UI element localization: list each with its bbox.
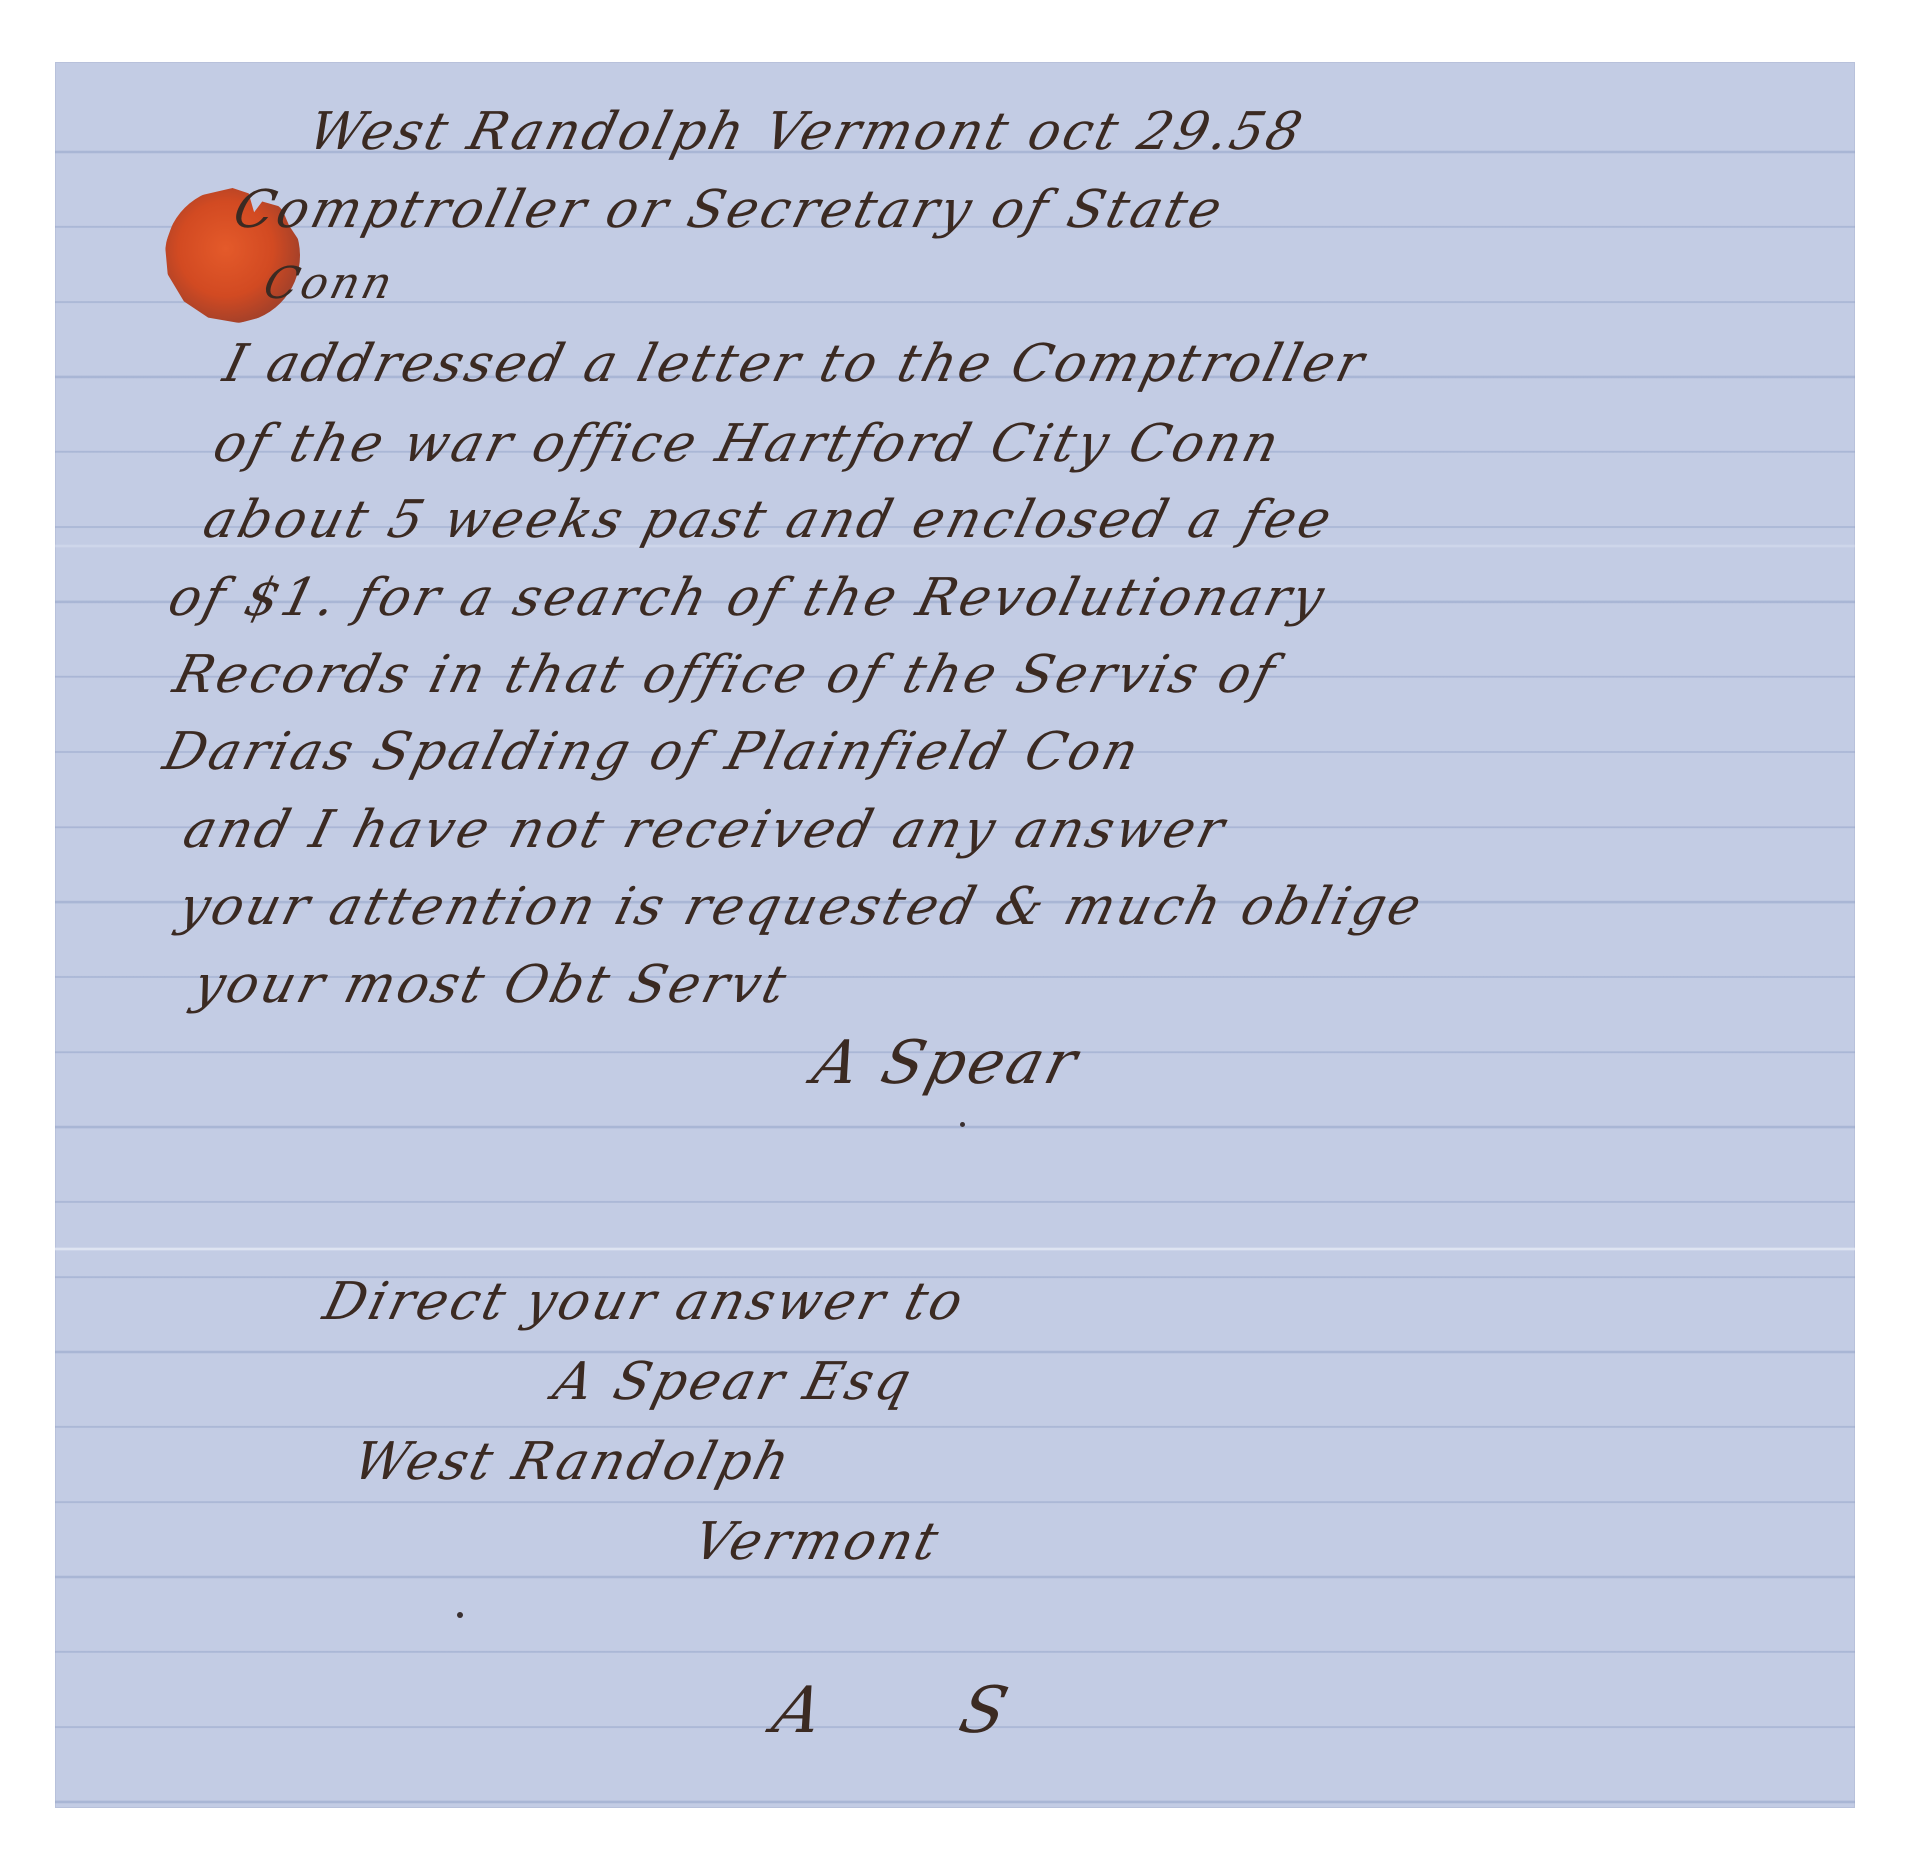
letter-paper: West Randolph Vermont oct 29.58 Comptrol…	[55, 62, 1855, 1808]
ink-spot	[457, 1612, 463, 1618]
addressee-line: Comptroller or Secretary of State	[228, 180, 1231, 240]
state-line: Conn	[259, 258, 401, 309]
body-line-2: of the war office Hartford City Conn	[208, 414, 1288, 474]
place-date-line: West Randolph Vermont oct 29.58	[303, 102, 1311, 162]
body-line-8: your attention is requested & much oblig…	[173, 877, 1430, 937]
body-line-6: Darias Spalding of Plainfield Con	[158, 722, 1148, 782]
postscript-town: West Randolph	[348, 1432, 799, 1492]
ink-spot	[960, 1122, 965, 1127]
body-line-3: about 5 weeks past and enclosed a fee	[198, 490, 1341, 550]
body-line-5: Records in that office of the Servis of	[168, 645, 1284, 705]
postscript-name: A Spear Esq	[548, 1352, 920, 1412]
body-line-1: I addressed a letter to the Comptroller	[218, 334, 1373, 394]
fold-crease	[55, 1247, 1855, 1251]
body-line-9: your most Obt Servt	[188, 955, 795, 1015]
postscript-state: Vermont	[688, 1512, 947, 1572]
body-line-7: and I have not received any answer	[178, 800, 1234, 860]
body-line-4: of $1. for a search of the Revolutionary	[163, 568, 1333, 628]
signature: A Spear	[806, 1028, 1086, 1098]
postscript-direct-line: Direct your answer to	[318, 1272, 972, 1332]
initials: A S	[766, 1674, 1075, 1748]
